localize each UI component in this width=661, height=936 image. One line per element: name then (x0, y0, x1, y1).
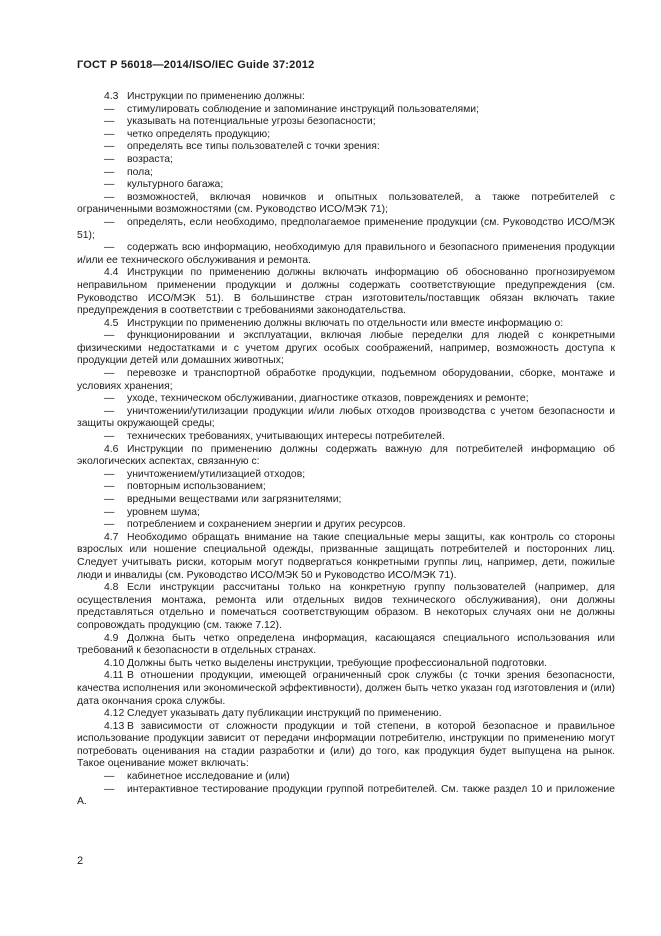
paragraph-marker: — (104, 507, 127, 520)
paragraph-text: технических требованиях, учитывающих инт… (127, 431, 445, 442)
paragraph-marker: — (104, 406, 127, 419)
paragraph-marker: — (104, 167, 127, 180)
paragraph-marker: — (104, 784, 127, 797)
paragraph: —четко определять продукцию; (77, 129, 615, 142)
paragraph-marker: 4.11 (104, 670, 127, 683)
paragraph-text: кабинетное исследование и (или) (127, 771, 290, 782)
page-number: 2 (77, 855, 83, 867)
paragraph-text: Инструкции по применению должны содержат… (77, 444, 615, 468)
paragraph: —возможностей, включая новичков и опытны… (77, 192, 615, 217)
paragraph-text: Должны быть четко выделены инструкции, т… (127, 658, 547, 669)
paragraph-text: пола; (127, 167, 153, 178)
paragraph: —стимулировать соблюдение и запоминание … (77, 104, 615, 117)
paragraph: —вредными веществами или загрязнителями; (77, 494, 615, 507)
paragraph-marker: 4.6 (104, 444, 127, 457)
paragraph-marker: 4.5 (104, 318, 127, 331)
paragraph-text: указывать на потенциальные угрозы безопа… (127, 116, 376, 127)
paragraph: 4.4Инструкции по применению должны включ… (77, 267, 615, 317)
paragraph: —технических требованиях, учитывающих ин… (77, 431, 615, 444)
paragraph-text: повторным использованием; (127, 481, 266, 492)
paragraph-marker: 4.8 (104, 582, 127, 595)
paragraph-text: В зависимости от сложности продукции и т… (77, 721, 615, 770)
paragraph: —указывать на потенциальные угрозы безоп… (77, 116, 615, 129)
paragraph-marker: 4.4 (104, 267, 127, 280)
paragraph-text: определять все типы пользователей с точк… (127, 141, 380, 152)
paragraph-text: перевозке и транспортной обработке проду… (77, 368, 615, 392)
paragraph: —культурного багажа; (77, 179, 615, 192)
paragraph-marker: — (104, 141, 127, 154)
document-page: ГОСТ Р 56018—2014/ISO/IEC Guide 37:2012 … (0, 0, 661, 936)
document-body: 4.3Инструкции по применению должны:—стим… (77, 91, 615, 809)
paragraph: —повторным использованием; (77, 481, 615, 494)
paragraph-text: интерактивное тестирование продукции гру… (77, 784, 615, 808)
paragraph-marker: — (104, 179, 127, 192)
paragraph-text: возможностей, включая новичков и опытных… (77, 192, 615, 216)
paragraph-marker: 4.12 (104, 708, 127, 721)
paragraph-marker: — (104, 393, 127, 406)
paragraph-marker: — (104, 519, 127, 532)
paragraph-marker: — (104, 217, 127, 230)
paragraph-marker: — (104, 771, 127, 784)
paragraph: 4.8Если инструкции рассчитаны только на … (77, 582, 615, 632)
paragraph: —уничтожении/утилизации продукции и/или … (77, 406, 615, 431)
paragraph: —возраста; (77, 154, 615, 167)
paragraph-marker: — (104, 116, 127, 129)
paragraph-marker: 4.13 (104, 721, 127, 734)
paragraph: 4.12Следует указывать дату публикации ин… (77, 708, 615, 721)
paragraph: —содержать всю информацию, необходимую д… (77, 242, 615, 267)
paragraph: —интерактивное тестирование продукции гр… (77, 784, 615, 809)
paragraph-text: возраста; (127, 154, 173, 165)
document-header: ГОСТ Р 56018—2014/ISO/IEC Guide 37:2012 (77, 59, 314, 71)
paragraph-text: Если инструкции рассчитаны только на кон… (77, 582, 615, 631)
paragraph-text: вредными веществами или загрязнителями; (127, 494, 341, 505)
paragraph: —пола; (77, 167, 615, 180)
paragraph: 4.3Инструкции по применению должны: (77, 91, 615, 104)
paragraph: —уничтожением/утилизацией отходов; (77, 469, 615, 482)
paragraph: —определять, если необходимо, предполага… (77, 217, 615, 242)
paragraph-text: Следует указывать дату публикации инстру… (127, 708, 442, 719)
paragraph-marker: 4.9 (104, 633, 127, 646)
paragraph-marker: — (104, 368, 127, 381)
paragraph-text: функционировании и эксплуатации, включая… (77, 330, 615, 366)
paragraph: —функционировании и эксплуатации, включа… (77, 330, 615, 368)
paragraph: —уровнем шума; (77, 507, 615, 520)
paragraph-text: Инструкции по применению должны включать… (77, 267, 615, 316)
paragraph: —кабинетное исследование и (или) (77, 771, 615, 784)
paragraph-text: стимулировать соблюдение и запоминание и… (127, 104, 479, 115)
paragraph: —уходе, техническом обслуживании, диагно… (77, 393, 615, 406)
paragraph-text: уровнем шума; (127, 507, 200, 518)
paragraph: 4.13В зависимости от сложности продукции… (77, 721, 615, 771)
paragraph-text: Необходимо обращать внимание на такие сп… (77, 532, 615, 581)
paragraph-text: потреблением и сохранением энергии и дру… (127, 519, 406, 530)
paragraph-marker: — (104, 129, 127, 142)
paragraph-marker: 4.7 (104, 532, 127, 545)
paragraph-text: Инструкции по применению должны включать… (127, 318, 563, 329)
paragraph-text: культурного багажа; (127, 179, 223, 190)
paragraph-marker: — (104, 469, 127, 482)
paragraph-marker: — (104, 104, 127, 117)
paragraph: 4.7Необходимо обращать внимание на такие… (77, 532, 615, 582)
paragraph-text: уничтожением/утилизацией отходов; (127, 469, 305, 480)
paragraph-marker: — (104, 154, 127, 167)
paragraph-marker: — (104, 330, 127, 343)
paragraph-marker: — (104, 242, 127, 255)
paragraph-marker: 4.10 (104, 658, 127, 671)
paragraph-marker: 4.3 (104, 91, 127, 104)
paragraph: 4.11В отношении продукции, имеющей огран… (77, 670, 615, 708)
paragraph-text: Должна быть четко определена информация,… (77, 633, 615, 657)
paragraph: —перевозке и транспортной обработке прод… (77, 368, 615, 393)
paragraph-text: определять, если необходимо, предполагае… (77, 217, 615, 241)
paragraph-text: содержать всю информацию, необходимую дл… (77, 242, 615, 266)
paragraph: 4.10Должны быть четко выделены инструкци… (77, 658, 615, 671)
paragraph: 4.6Инструкции по применению должны содер… (77, 444, 615, 469)
paragraph: —потреблением и сохранением энергии и др… (77, 519, 615, 532)
paragraph-marker: — (104, 481, 127, 494)
paragraph-text: В отношении продукции, имеющей ограничен… (77, 670, 615, 706)
paragraph-marker: — (104, 431, 127, 444)
paragraph-text: четко определять продукцию; (127, 129, 270, 140)
paragraph-text: уничтожении/утилизации продукции и/или л… (77, 406, 615, 430)
paragraph: —определять все типы пользователей с точ… (77, 141, 615, 154)
paragraph-marker: — (104, 192, 127, 205)
paragraph-marker: — (104, 494, 127, 507)
paragraph: 4.9Должна быть четко определена информац… (77, 633, 615, 658)
paragraph-text: Инструкции по применению должны: (127, 91, 305, 102)
paragraph-text: уходе, техническом обслуживании, диагнос… (127, 393, 529, 404)
paragraph: 4.5Инструкции по применению должны включ… (77, 318, 615, 331)
